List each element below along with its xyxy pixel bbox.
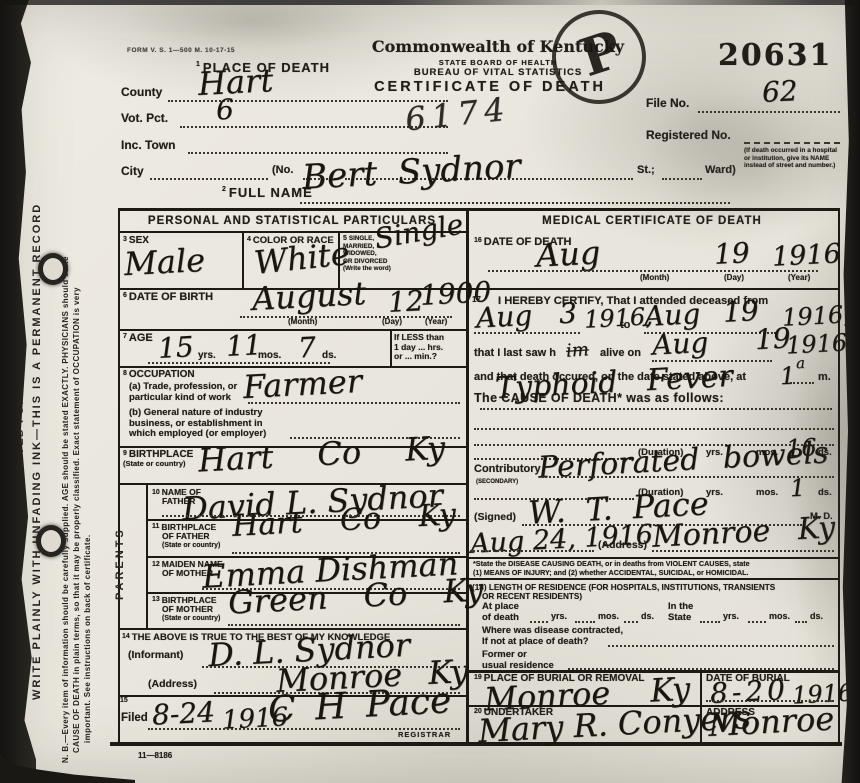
rule: [466, 288, 838, 290]
signed-date-line: [470, 550, 594, 552]
full-name-line: [300, 202, 730, 204]
father-birthplace-label: 11BIRTHPLACEOF FATHER(State or country): [152, 523, 232, 551]
day-caption: (Day): [724, 274, 744, 282]
margin-nb-line3: important. See instructions on back of c…: [83, 535, 92, 743]
parents-vertical-label: PARENTS: [114, 527, 126, 600]
birthplace-sub-label: (State or country): [123, 460, 186, 468]
attended-from-line: [474, 332, 580, 334]
age-years-value: 15: [157, 333, 194, 363]
death-certificate-scan: MARGIN RESERVED FOR BINDING WRITE PLAINL…: [0, 0, 860, 783]
occupation-a-label: (a) Trade, profession, orparticular kind…: [129, 382, 259, 403]
file-no-line: [698, 111, 840, 113]
in-state-label: In theState: [668, 602, 693, 623]
punch-hole-bottom: [36, 525, 66, 557]
death-time-line: [790, 382, 814, 384]
attended-to-year: 1916,: [781, 302, 851, 330]
residence-section-title: (18) LENGTH OF RESIDENCE (FOR HOSPITALS,…: [472, 583, 836, 601]
at-yrs-label: yrs.: [551, 612, 567, 621]
cause-footnote: *State the DISEASE CAUSING DEATH, or in …: [473, 560, 837, 577]
full-name-label: 2FULL NAME: [222, 186, 313, 200]
filed-section-num: 15: [120, 697, 128, 704]
to-label: to: [620, 320, 630, 332]
stamp-letter: P: [573, 19, 629, 89]
certify-line2: that I last saw h: [474, 348, 556, 360]
last-alive-value: Aug 19: [651, 324, 791, 359]
sex-value: Male: [123, 244, 206, 280]
occupation-a-line: [248, 402, 460, 404]
city-ward-line: [662, 178, 702, 180]
signed-address-line: [652, 550, 834, 552]
yrs-label: yrs.: [198, 351, 216, 362]
scan-smudge: [120, 0, 380, 50]
dob-line: [240, 316, 452, 318]
death-time-ampm: a: [796, 356, 806, 371]
occupation-label: 8OCCUPATION: [123, 370, 195, 381]
rule: [118, 628, 466, 630]
struck-word: im: [565, 341, 589, 361]
death-day-value: 19: [713, 239, 750, 269]
race-value: White: [253, 237, 351, 279]
time-m-label: m.: [818, 372, 831, 384]
scan-dark-edge-top: [0, 0, 860, 5]
at-place-ds-line: [624, 621, 638, 623]
certificate-number: 20631: [718, 40, 832, 72]
occupation-value: Farmer: [242, 365, 362, 403]
cause-line1: [480, 408, 832, 410]
alive-on-label: alive on: [600, 348, 641, 360]
registered-no-line: [744, 142, 840, 144]
contrib-mos-label: mos.: [756, 488, 778, 498]
margin-nb-line1: N. B.—Every item of information should b…: [61, 256, 70, 763]
month-caption: (Month): [288, 318, 317, 326]
former-residence-line: [568, 668, 834, 670]
birth-month-value: August: [251, 277, 367, 315]
form-number: FORM V. S. 1—500 M. 10-17-15: [127, 48, 235, 55]
age-less-note: If LESS than1 day ... hrs.or ... min.?: [394, 333, 466, 362]
attended-from-value: Aug 3: [475, 299, 577, 332]
form-footer-number: 11—8186: [138, 752, 172, 760]
mother-birthplace-label: 13BIRTHPLACEOF MOTHER(State or country): [152, 596, 232, 624]
filed-date-value: 8-24: [151, 698, 215, 729]
cause-line2: [474, 428, 834, 430]
at-place-yrs-line: [530, 621, 548, 623]
rule: [242, 231, 244, 288]
registrar-label: REGISTRAR: [398, 731, 451, 739]
death-time-value: 1: [779, 364, 796, 389]
mother-birthplace-line: [228, 624, 460, 626]
contributory-label: Contributory: [474, 464, 541, 476]
certificate-paper: MARGIN RESERVED FOR BINDING WRITE PLAINL…: [0, 0, 860, 783]
precinct-value: 6: [215, 96, 234, 125]
dod-line: [488, 270, 818, 272]
age-days-value: 7: [297, 334, 316, 363]
city-line: [150, 178, 268, 180]
state-mos-label: mos.: [769, 612, 790, 621]
county-label: County: [121, 86, 162, 99]
county-value: Hart: [197, 64, 274, 100]
year-caption: (Year): [425, 318, 447, 326]
registrar-stamp: P: [543, 1, 654, 112]
at-place-label: At placeof death: [482, 602, 519, 623]
age-months-value: 11: [225, 331, 262, 361]
death-year-value: 1916: [771, 240, 841, 271]
rule: [146, 483, 148, 628]
disease-contracted-label: Where was disease contracted,If not at p…: [482, 626, 623, 647]
city-no-label: (No.: [272, 165, 293, 177]
city-st-label: St.;: [637, 165, 655, 177]
city-label: City: [121, 165, 144, 178]
in-state-yrs-line: [700, 621, 720, 623]
at-place-mos-line: [575, 621, 595, 623]
table-top-rule: [118, 208, 840, 211]
age-line: [148, 362, 330, 364]
file-no-value: 62: [761, 77, 798, 107]
signed-address-label: (Address): [598, 540, 647, 551]
hospital-note: (If death occurred in a hospital or inst…: [744, 147, 844, 170]
ds-label: ds.: [322, 351, 336, 362]
rule: [390, 329, 392, 366]
father-birthplace-value: Hart Co Ky: [231, 500, 456, 542]
day-caption: (Day): [382, 318, 402, 326]
month-caption: (Month): [640, 274, 669, 282]
in-state-mos-line: [748, 621, 766, 623]
precinct-label: Vot. Pct.: [121, 112, 168, 125]
state-yrs-label: yrs.: [723, 612, 739, 621]
birth-day-value: 12: [387, 287, 424, 317]
informant-label: (Informant): [128, 650, 183, 661]
secondary-label: (SECONDARY): [476, 479, 518, 485]
contributory-duration-days-value: 1: [789, 476, 806, 501]
inc-town-label: Inc. Town: [121, 139, 175, 152]
table-right-rule: [838, 208, 840, 746]
filed-label: Filed: [121, 712, 148, 724]
rule: [466, 578, 838, 580]
signed-address-value: Monroe Ky: [651, 513, 836, 553]
registrar-signature: C H Pace: [267, 683, 452, 729]
registered-no-label: Registered No.: [646, 129, 731, 142]
contrib-ds-label: ds.: [818, 488, 832, 498]
city-ward-label: Ward): [705, 165, 736, 177]
full-name-value: Bert Sydnor: [301, 149, 521, 194]
occupation-b-label: (b) General nature of industrybusiness, …: [129, 408, 289, 440]
disease-contracted-line: [608, 645, 834, 647]
former-residence-label: Former orusual residence: [482, 650, 554, 671]
margin-nb-line2: CAUSE OF DEATH in plain terms, so that i…: [72, 287, 81, 753]
state-ds-label: ds.: [810, 612, 823, 621]
mos-label: mos.: [258, 351, 281, 362]
date-of-birth-label: 6DATE OF BIRTH: [123, 292, 213, 304]
undertaker-address-value: Monroe Ky: [707, 699, 860, 741]
signed-label: (Signed): [474, 512, 516, 523]
at-ds-label: ds.: [641, 612, 654, 621]
informant-address-label: (Address): [148, 679, 197, 690]
file-no-label: File No.: [646, 97, 689, 110]
handwritten-code: 6174: [404, 93, 512, 136]
in-state-ds-line: [795, 621, 807, 623]
death-month-value: Aug: [535, 236, 601, 271]
punch-hole-top: [38, 253, 68, 285]
age-label: 7AGE: [123, 333, 153, 345]
medical-section-title: MEDICAL CERTIFICATE OF DEATH: [466, 215, 838, 227]
year-caption: (Year): [788, 274, 810, 282]
at-mos-label: mos.: [598, 612, 619, 621]
